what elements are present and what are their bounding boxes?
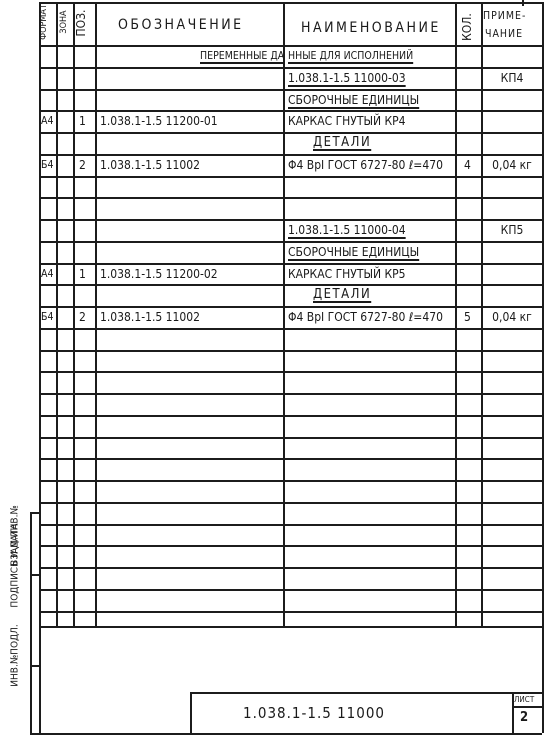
cell-name: КАРКАС ГНУТЫЙ КР5 — [288, 267, 406, 281]
row-divider — [39, 437, 542, 439]
header-note-line2: ЧАНИЕ — [485, 27, 523, 41]
cell-designation: ПЕРЕМЕННЫЕ ДА — [200, 49, 284, 63]
header-note-line1: ПРИМЕ- — [483, 9, 526, 23]
column-divider — [56, 2, 58, 626]
header-zone: ЗОНА — [59, 2, 69, 42]
row-divider — [39, 306, 542, 308]
column-divider — [455, 2, 457, 626]
stamp-divider — [30, 574, 40, 576]
cell-pos: 2 — [79, 310, 86, 324]
cell-name: 1.038.1-1.5 11000-04 — [288, 223, 406, 237]
cell-name: СБОРОЧНЫЕ ЕДИНИЦЫ — [288, 245, 419, 259]
row-divider — [39, 241, 542, 243]
row-divider — [39, 480, 542, 482]
grid-bottom — [39, 626, 542, 628]
cell-name: Φ4 ВрI ГОСТ 6727-80 ℓ=470 — [288, 158, 443, 172]
row-divider — [39, 589, 542, 591]
stamp-replaced-inv: ВЗАМ.ИНВ.№ — [10, 499, 21, 573]
stamp-inv-original: ИНВ.№ПОДЛ. — [10, 622, 21, 690]
row-divider — [39, 176, 542, 178]
row-divider — [39, 502, 542, 504]
header-designation: ОБОЗНАЧЕНИЕ — [118, 17, 244, 33]
document-code: 1.038.1-1.5 11000 — [243, 706, 385, 720]
column-divider — [283, 2, 285, 626]
stamp-divider — [30, 665, 40, 667]
cell-designation: 1.038.1-1.5 11200-02 — [100, 267, 218, 281]
corner-tick — [522, 0, 524, 6]
frame-bottom-stamp — [30, 733, 190, 735]
row-divider — [39, 154, 542, 156]
cell-designation: 1.038.1-1.5 11002 — [100, 310, 200, 324]
row-divider — [39, 567, 542, 569]
row-divider — [39, 611, 542, 613]
cell-pos: 1 — [79, 114, 86, 128]
row-divider — [39, 89, 542, 91]
row-divider — [39, 132, 542, 134]
cell-format: Б4 — [41, 310, 54, 324]
cell-name: 1.038.1-1.5 11000-03 — [288, 71, 406, 85]
cell-note: 0,04 кг — [483, 310, 541, 324]
row-divider — [39, 197, 542, 199]
cell-name: ДЕТАЛИ — [313, 136, 371, 150]
row-divider — [39, 415, 542, 417]
row-divider — [39, 371, 542, 373]
cell-designation: 1.038.1-1.5 11200-01 — [100, 114, 218, 128]
cell-qty: 5 — [464, 310, 471, 324]
cell-pos: 2 — [79, 158, 86, 172]
cell-format: Б4 — [41, 158, 54, 172]
cell-note: КП4 — [483, 71, 541, 85]
row-divider — [39, 393, 542, 395]
row-divider — [39, 110, 542, 112]
header-format: ФОРМАТ — [39, 2, 49, 42]
cell-format: А4 — [41, 267, 53, 281]
cell-note: КП5 — [483, 223, 541, 237]
frame-bottom — [190, 733, 542, 735]
sheet-label: ЛИСТ — [514, 693, 534, 707]
row-divider — [39, 219, 542, 221]
cell-name: КАРКАС ГНУТЫЙ КР4 — [288, 114, 406, 128]
cell-designation: 1.038.1-1.5 11002 — [100, 158, 200, 172]
row-divider — [39, 458, 542, 460]
cell-pos: 1 — [79, 267, 86, 281]
cell-qty: 4 — [464, 158, 471, 172]
column-divider — [95, 2, 97, 626]
header-qty: КОЛ. — [460, 7, 474, 47]
column-divider — [73, 2, 75, 626]
frame-top — [39, 2, 542, 4]
stamp-top — [30, 512, 40, 514]
cell-name: СБОРОЧНЫЕ ЕДИНИЦЫ — [288, 93, 419, 107]
cell-name: ННЫЕ ДЛЯ ИСПОЛНЕНИЙ — [288, 49, 413, 63]
cell-name: Φ4 ВрI ГОСТ 6727-80 ℓ=470 — [288, 310, 443, 324]
title-block-left — [190, 692, 192, 733]
row-divider — [39, 284, 542, 286]
row-divider — [39, 524, 542, 526]
row-divider — [39, 67, 542, 69]
frame-right — [542, 2, 544, 733]
title-block-top — [190, 692, 542, 694]
cell-note: 0,04 кг — [483, 158, 541, 172]
header-pos: ПОЗ. — [74, 3, 88, 43]
row-divider — [39, 350, 542, 352]
header-name: НАИМЕНОВАНИЕ — [301, 20, 441, 36]
row-divider — [39, 545, 542, 547]
row-divider — [39, 328, 542, 330]
row-divider — [39, 263, 542, 265]
cell-format: А4 — [41, 114, 53, 128]
cell-name: ДЕТАЛИ — [313, 288, 371, 302]
stamp-left — [30, 512, 32, 733]
sheet-number: 2 — [520, 711, 528, 725]
